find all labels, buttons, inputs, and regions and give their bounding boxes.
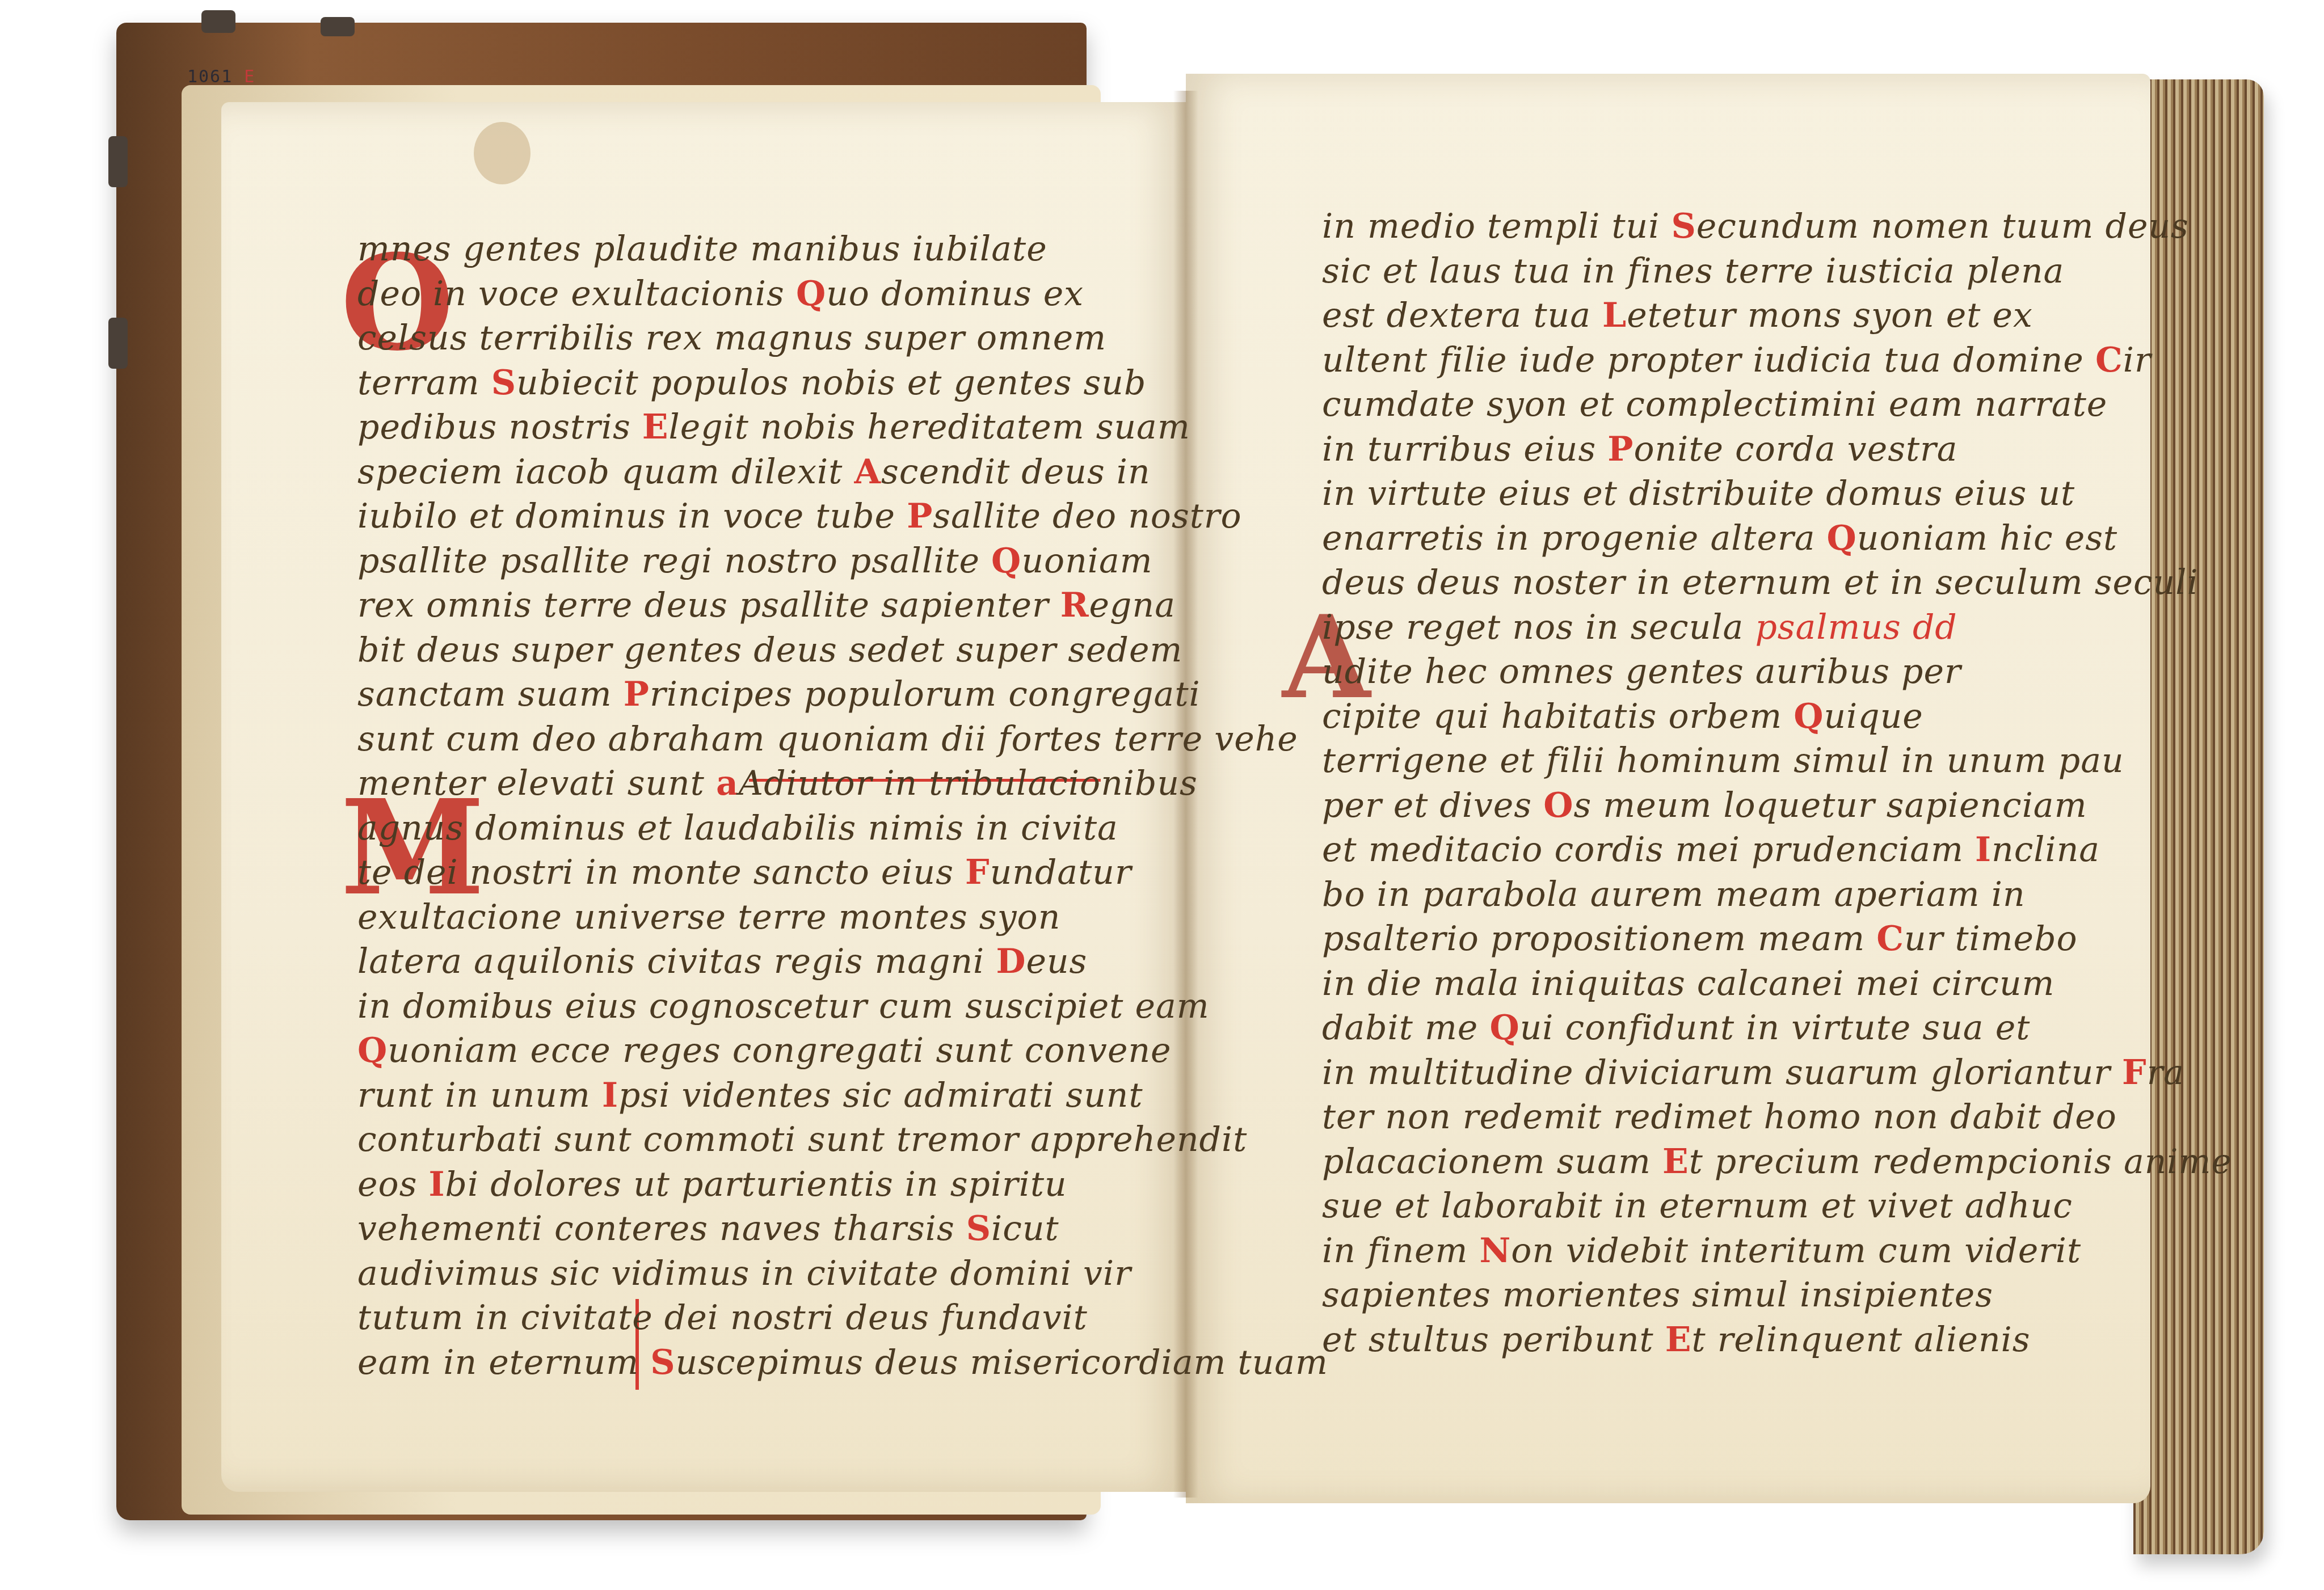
text-line: sunt cum deo abraham quoniam dii fortes … xyxy=(357,717,1328,762)
line-text: bit deus super gentes deus sedet super s… xyxy=(357,630,1182,670)
line-text: in turribus eius xyxy=(1322,429,1607,469)
line-text: dabit me xyxy=(1322,1008,1489,1048)
line-text: s meum loquetur sapienciam xyxy=(1574,786,2087,825)
text-line: in die mala iniquitas calcanei mei circu… xyxy=(1322,961,2232,1006)
line-text: etetur mons syon et ex xyxy=(1627,296,2033,335)
text-line: sue et laborabit in eternum et vivet adh… xyxy=(1322,1184,2232,1229)
line-text: deo in voce exultacionis xyxy=(357,274,796,314)
text-line: ipse reget nos in secula psalmus dd xyxy=(1322,605,2232,650)
shelfmark: 1061 E xyxy=(187,67,255,87)
line-text: deus deus noster in eternum et in seculu… xyxy=(1322,563,2199,602)
rubricated-initial: A xyxy=(854,452,881,492)
line-text: uscepimus deus misericordiam tuam xyxy=(676,1343,1328,1382)
line-text: sallite deo nostro xyxy=(933,496,1241,536)
line-text: scendit deus in xyxy=(881,452,1151,492)
line-text: ipse reget nos in secula xyxy=(1322,608,1755,647)
text-line: per et dives Os meum loquetur sapienciam xyxy=(1322,783,2232,828)
line-text: onite corda vestra xyxy=(1633,429,1957,469)
line-text: uoniam hic est xyxy=(1857,518,2117,558)
line-text: et meditacio cordis mei prudenciam xyxy=(1322,830,1975,870)
text-line: placacionem suam Et precium redempcionis… xyxy=(1322,1140,2232,1184)
line-text: est dextera tua xyxy=(1322,296,1602,335)
rubricated-initial: S xyxy=(1672,206,1696,246)
rubricated-initial: Q xyxy=(1489,1008,1519,1048)
line-text: ir xyxy=(2123,340,2152,380)
line-text: sic et laus tua in fines terre iusticia … xyxy=(1322,251,2064,291)
metal-clasp xyxy=(108,136,128,187)
line-text: ecundum nomen tuum deus xyxy=(1696,206,2189,246)
line-text: exultacione universe terre montes syon xyxy=(357,897,1060,937)
line-text: rincipes populorum congregati xyxy=(650,674,1201,714)
text-line: te dei nostri in monte sancto eius Funda… xyxy=(357,850,1328,895)
line-text: in medio templi tui xyxy=(1322,206,1672,246)
line-text: legit nobis hereditatem suam xyxy=(669,407,1190,447)
line-text: runt in unum xyxy=(357,1076,602,1115)
line-text: rex omnis terre deus psallite sapienter xyxy=(357,585,1060,625)
text-line: audivimus sic vidimus in civitate domini… xyxy=(357,1251,1328,1296)
line-text: ra xyxy=(2147,1053,2184,1093)
text-line: in finem Non videbit interitum cum vider… xyxy=(1322,1229,2232,1273)
rubricated-initial: Q xyxy=(1827,518,1857,558)
open-manuscript: 1061 E O M A mnes gentes plaudite manibu… xyxy=(0,0,2324,1590)
text-line: terram Subiecit populos nobis et gentes … xyxy=(357,361,1328,406)
rubricated-initial: I xyxy=(1975,830,1992,870)
line-text: audivimus sic vidimus in civitate domini… xyxy=(357,1254,1131,1293)
rubricated-initial: Q xyxy=(357,1031,388,1070)
right-page-text: in medio templi tui Secundum nomen tuum … xyxy=(1322,204,2232,1362)
text-line: runt in unum Ipsi videntes sic admirati … xyxy=(357,1073,1328,1118)
line-text: Adiutor in tribulacionibus xyxy=(739,764,1198,803)
line-text: latera aquilonis civitas regis magni xyxy=(357,942,996,981)
shelfmark-red-mark: E xyxy=(244,67,255,87)
line-text: egna xyxy=(1089,585,1176,625)
text-line: bo in parabola aurem meam aperiam in xyxy=(1322,872,2232,917)
text-line: menter elevati sunt aAdiutor in tribulac… xyxy=(357,761,1328,806)
rubricated-initial: P xyxy=(624,674,650,714)
text-line: mnes gentes plaudite manibus iubilate xyxy=(357,227,1328,272)
text-line: exultacione universe terre montes syon xyxy=(357,895,1328,940)
line-text: psalterio propositionem meam xyxy=(1322,919,1876,959)
line-text: eos xyxy=(357,1165,429,1204)
line-text: uo dominus ex xyxy=(826,274,1084,314)
line-text: ter non redemit redimet homo non dabit d… xyxy=(1322,1097,2117,1137)
text-line: ter non redemit redimet homo non dabit d… xyxy=(1322,1095,2232,1140)
rubricated-initial: I xyxy=(429,1165,445,1204)
text-line: in medio templi tui Secundum nomen tuum … xyxy=(1322,204,2232,249)
metal-boss xyxy=(321,17,355,36)
line-text: uoniam xyxy=(1021,541,1152,581)
text-line: deo in voce exultacionis Quo dominus ex xyxy=(357,272,1328,317)
line-text: agnus dominus et laudabilis nimis in civ… xyxy=(357,808,1118,848)
rubricated-initial: L xyxy=(1602,296,1627,335)
text-line: in turribus eius Ponite corda vestra xyxy=(1322,427,2232,472)
text-line: eos Ibi dolores ut parturientis in spiri… xyxy=(357,1162,1328,1207)
text-line: Quoniam ecce reges congregati sunt conve… xyxy=(357,1028,1328,1073)
line-text: menter elevati sunt xyxy=(357,764,716,803)
rubricated-initial: C xyxy=(1876,919,1904,959)
text-line: et stultus peribunt Et relinquent alieni… xyxy=(1322,1318,2232,1363)
rubricated-initial: D xyxy=(996,942,1026,981)
line-text: psallite psallite regi nostro psallite xyxy=(357,541,991,581)
rubricated-initial: S xyxy=(491,363,516,403)
line-text: in die mala iniquitas calcanei mei circu… xyxy=(1322,964,2054,1003)
rubricated-initial: E xyxy=(642,407,669,447)
text-line: cumdate syon et complectimini eam narrat… xyxy=(1322,382,2232,427)
text-line: eam in eternum Suscepimus deus misericor… xyxy=(357,1340,1328,1385)
line-text: psi videntes sic admirati sunt xyxy=(618,1076,1143,1115)
line-text: ultent filie iude propter iudicia tua do… xyxy=(1322,340,2095,380)
line-text: in multitudine diviciarum suarum glorian… xyxy=(1322,1053,2122,1093)
text-line: in multitudine diviciarum suarum glorian… xyxy=(1322,1051,2232,1095)
line-text: mnes gentes plaudite manibus iubilate xyxy=(357,229,1047,269)
line-text: iubilo et dominus in voce tube xyxy=(357,496,907,536)
line-text: pedibus nostris xyxy=(357,407,642,447)
line-text: et stultus peribunt xyxy=(1322,1320,1665,1360)
text-line: bit deus super gentes deus sedet super s… xyxy=(357,628,1328,673)
psalm-heading: psalmus dd xyxy=(1755,608,1957,647)
text-line: cipite qui habitatis orbem Quique xyxy=(1322,694,2232,739)
text-line: speciem iacob quam dilexit Ascendit deus… xyxy=(357,450,1328,495)
text-line: celsus terribilis rex magnus super omnem xyxy=(357,316,1328,361)
line-text: bi dolores ut parturientis in spiritu xyxy=(445,1165,1067,1204)
rubricated-initial: R xyxy=(1060,585,1089,625)
rubricated-initial: P xyxy=(907,496,933,536)
line-text: in virtute eius et distribuite domus eiu… xyxy=(1322,474,2075,513)
text-line: sanctam suam Principes populorum congreg… xyxy=(357,672,1328,717)
text-line: pedibus nostris Elegit nobis hereditatem… xyxy=(357,405,1328,450)
line-text: speciem iacob quam dilexit xyxy=(357,452,854,492)
line-text: t relinquent alienis xyxy=(1691,1320,2030,1360)
line-text: ui confidunt in virtute sua et xyxy=(1520,1008,2031,1048)
text-line: in virtute eius et distribuite domus eiu… xyxy=(1322,471,2232,516)
line-text: conturbati sunt commoti sunt tremor appr… xyxy=(357,1120,1247,1159)
line-text: nclina xyxy=(1992,830,2100,870)
rubricated-initial: E xyxy=(1665,1320,1692,1360)
rubricated-initial: S xyxy=(650,1343,675,1382)
rubricated-initial: Q xyxy=(991,541,1021,581)
line-text: on videbit interitum cum viderit xyxy=(1511,1231,2081,1271)
rubricated-initial: I xyxy=(602,1076,618,1115)
line-text: vehementi conteres naves tharsis xyxy=(357,1209,966,1249)
text-line: in domibus eius cognoscetur cum suscipie… xyxy=(357,984,1328,1029)
rubricated-initial: Q xyxy=(796,274,826,314)
rubricated-initial: Q xyxy=(1793,697,1824,736)
text-line: dabit me Qui confidunt in virtute sua et xyxy=(1322,1006,2232,1051)
rubricated-initial: N xyxy=(1479,1231,1511,1271)
line-text: cumdate syon et complectimini eam narrat… xyxy=(1322,385,2107,424)
rubricated-initial: O xyxy=(1543,786,1573,825)
metal-clasp xyxy=(108,318,128,369)
rubricated-initial: F xyxy=(2122,1053,2147,1093)
text-line: udite hec omnes gentes auribus per xyxy=(1322,650,2232,694)
line-text: bo in parabola aurem meam aperiam in xyxy=(1322,875,2026,914)
rubricated-initial: C xyxy=(2095,340,2123,380)
text-line: rex omnis terre deus psallite sapienter … xyxy=(357,583,1328,628)
line-text: enarretis in progenie altera xyxy=(1322,518,1827,558)
text-line: deus deus noster in eternum et in seculu… xyxy=(1322,560,2232,605)
line-text: sue et laborabit in eternum et vivet adh… xyxy=(1322,1186,2073,1226)
shelfmark-number: 1061 xyxy=(187,67,233,87)
line-text: tutum in civitate dei nostri deus fundav… xyxy=(357,1298,1088,1338)
stain xyxy=(474,122,531,184)
line-text: placacionem suam xyxy=(1322,1142,1662,1182)
rubricated-initial: E xyxy=(1662,1142,1689,1182)
line-text: icut xyxy=(991,1209,1059,1249)
line-text: sanctam suam xyxy=(357,674,624,714)
rubricated-initial: F xyxy=(965,853,990,892)
line-text: ur timebo xyxy=(1904,919,2078,959)
line-text: ubiecit populos nobis et gentes sub xyxy=(516,363,1146,403)
line-text: sapientes morientes simul insipientes xyxy=(1322,1275,1993,1315)
text-line: psallite psallite regi nostro psallite Q… xyxy=(357,539,1328,584)
line-text: in finem xyxy=(1322,1231,1479,1271)
text-line: sic et laus tua in fines terre iusticia … xyxy=(1322,249,2232,294)
line-text: uique xyxy=(1824,697,1923,736)
text-line: est dextera tua Letetur mons syon et ex xyxy=(1322,293,2232,338)
metal-boss xyxy=(201,10,235,33)
text-line: vehementi conteres naves tharsis Sicut xyxy=(357,1207,1328,1251)
text-line: latera aquilonis civitas regis magni Deu… xyxy=(357,939,1328,984)
text-line: ultent filie iude propter iudicia tua do… xyxy=(1322,338,2232,383)
line-text: per et dives xyxy=(1322,786,1543,825)
line-text: udite hec omnes gentes auribus per xyxy=(1322,652,1961,691)
line-text: eus xyxy=(1026,942,1087,981)
rubricated-initial: a xyxy=(716,764,739,803)
text-line: iubilo et dominus in voce tube Psallite … xyxy=(357,494,1328,539)
text-line: enarretis in progenie altera Quoniam hic… xyxy=(1322,516,2232,561)
line-text: celsus terribilis rex magnus super omnem xyxy=(357,318,1106,358)
line-text: t precium redempcionis anime xyxy=(1689,1142,2232,1182)
rubricated-initial: P xyxy=(1607,429,1633,469)
text-line: et meditacio cordis mei prudenciam Incli… xyxy=(1322,828,2232,872)
line-text: te dei nostri in monte sancto eius xyxy=(357,853,965,892)
line-text: terram xyxy=(357,363,491,403)
line-text: undatur xyxy=(990,853,1132,892)
line-text: sunt cum deo abraham quoniam dii fortes … xyxy=(357,719,1298,759)
text-line: agnus dominus et laudabilis nimis in civ… xyxy=(357,806,1328,851)
rubricated-initial: S xyxy=(966,1209,991,1249)
line-text: eam in eternum xyxy=(357,1343,650,1382)
text-line: terrigene et filii hominum simul in unum… xyxy=(1322,739,2232,783)
text-line: psalterio propositionem meam Cur timebo xyxy=(1322,917,2232,961)
line-text: in domibus eius cognoscetur cum suscipie… xyxy=(357,986,1210,1026)
line-text: cipite qui habitatis orbem xyxy=(1322,697,1793,736)
text-line: tutum in civitate dei nostri deus fundav… xyxy=(357,1296,1328,1340)
text-line: sapientes morientes simul insipientes xyxy=(1322,1273,2232,1318)
text-line: conturbati sunt commoti sunt tremor appr… xyxy=(357,1117,1328,1162)
line-text: terrigene et filii hominum simul in unum… xyxy=(1322,741,2124,781)
left-page-text: mnes gentes plaudite manibus iubilatedeo… xyxy=(357,227,1328,1385)
line-text: uoniam ecce reges congregati sunt conven… xyxy=(388,1031,1171,1070)
